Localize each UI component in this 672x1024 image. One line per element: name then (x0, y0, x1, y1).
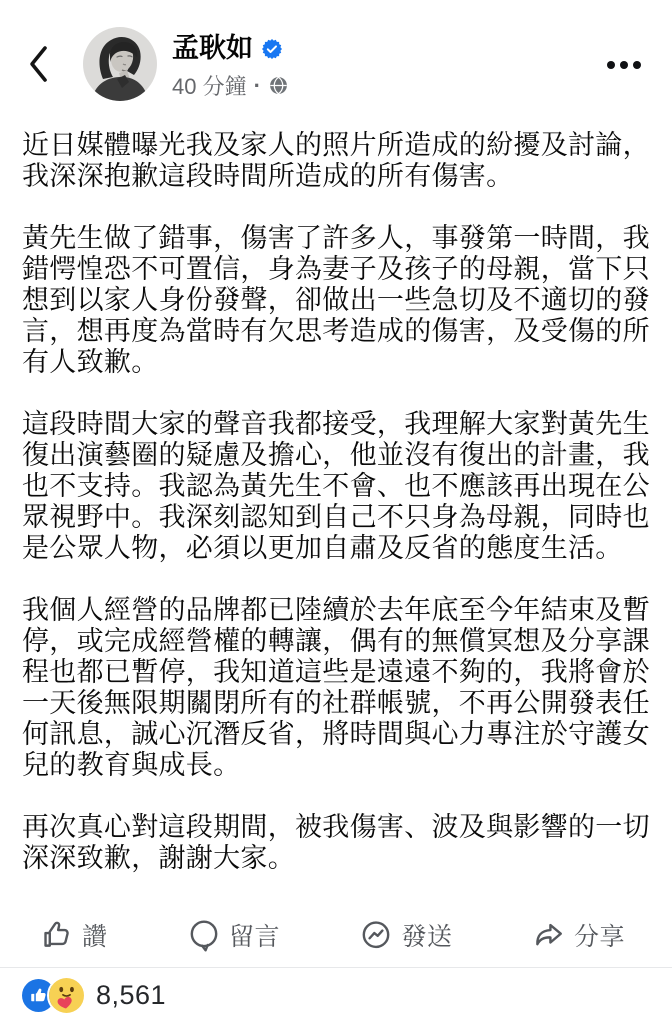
post-paragraph: 我個人經營的品牌都已陸續於去年底至今年結束及暫停，或完成經營權的轉讓，偶有的無償… (22, 595, 650, 781)
meta-separator: · (254, 75, 261, 97)
post-identity: 孟耿如 40 分鐘 · (172, 33, 289, 101)
more-options-button[interactable] (603, 57, 645, 73)
post-header: 孟耿如 40 分鐘 · (0, 0, 672, 107)
reactions-summary: 8,561 (0, 968, 672, 1013)
post-body: 近日媒體曝光我及家人的照片所造成的紛擾及討論，我深深抱歉這段時間所造成的所有傷害… (0, 107, 672, 874)
post-paragraph: 近日媒體曝光我及家人的照片所造成的紛擾及討論，我深深抱歉這段時間所造成的所有傷害… (22, 130, 650, 192)
share-icon (532, 918, 566, 952)
share-label: 分享 (574, 917, 625, 953)
share-button[interactable]: 分享 (532, 917, 625, 953)
messenger-icon (359, 918, 393, 952)
thumbs-up-icon (40, 918, 74, 952)
dot-icon (607, 61, 615, 69)
post-paragraph: 這段時間大家的聲音我都接受，我理解大家對黃先生復出演藝圈的疑慮及擔心，他並沒有復… (22, 409, 650, 564)
facebook-post-screen: 孟耿如 40 分鐘 · (0, 0, 672, 1024)
globe-public-icon (268, 75, 289, 96)
post-meta: 40 分鐘 · (172, 70, 289, 101)
send-label: 發送 (401, 917, 452, 953)
comment-label: 留言 (229, 917, 280, 953)
action-bar: 讚 留言 發 (0, 905, 672, 967)
dot-icon (633, 61, 641, 69)
reaction-count[interactable]: 8,561 (96, 980, 166, 1011)
back-button[interactable] (24, 44, 52, 86)
avatar-portrait-image (83, 27, 157, 101)
care-reaction-icon[interactable] (49, 978, 84, 1013)
comment-button[interactable]: 留言 (187, 917, 280, 953)
avatar[interactable] (83, 27, 157, 101)
verified-badge-icon (262, 39, 282, 59)
profile-name[interactable]: 孟耿如 (172, 33, 253, 64)
timestamp[interactable]: 40 分鐘 (172, 70, 247, 101)
dot-icon (620, 61, 628, 69)
chevron-left-icon (27, 45, 49, 86)
post-paragraph: 再次真心對這段期間，被我傷害、波及與影響的一切深深致歉，謝謝大家。 (22, 812, 650, 874)
comment-icon (187, 918, 221, 952)
post-paragraph: 黃先生做了錯事，傷害了許多人，事發第一時間，我錯愕惶恐不可置信，身為妻子及孩子的… (22, 223, 650, 378)
like-label: 讚 (82, 917, 108, 953)
like-button[interactable]: 讚 (40, 917, 108, 953)
send-button[interactable]: 發送 (359, 917, 452, 953)
